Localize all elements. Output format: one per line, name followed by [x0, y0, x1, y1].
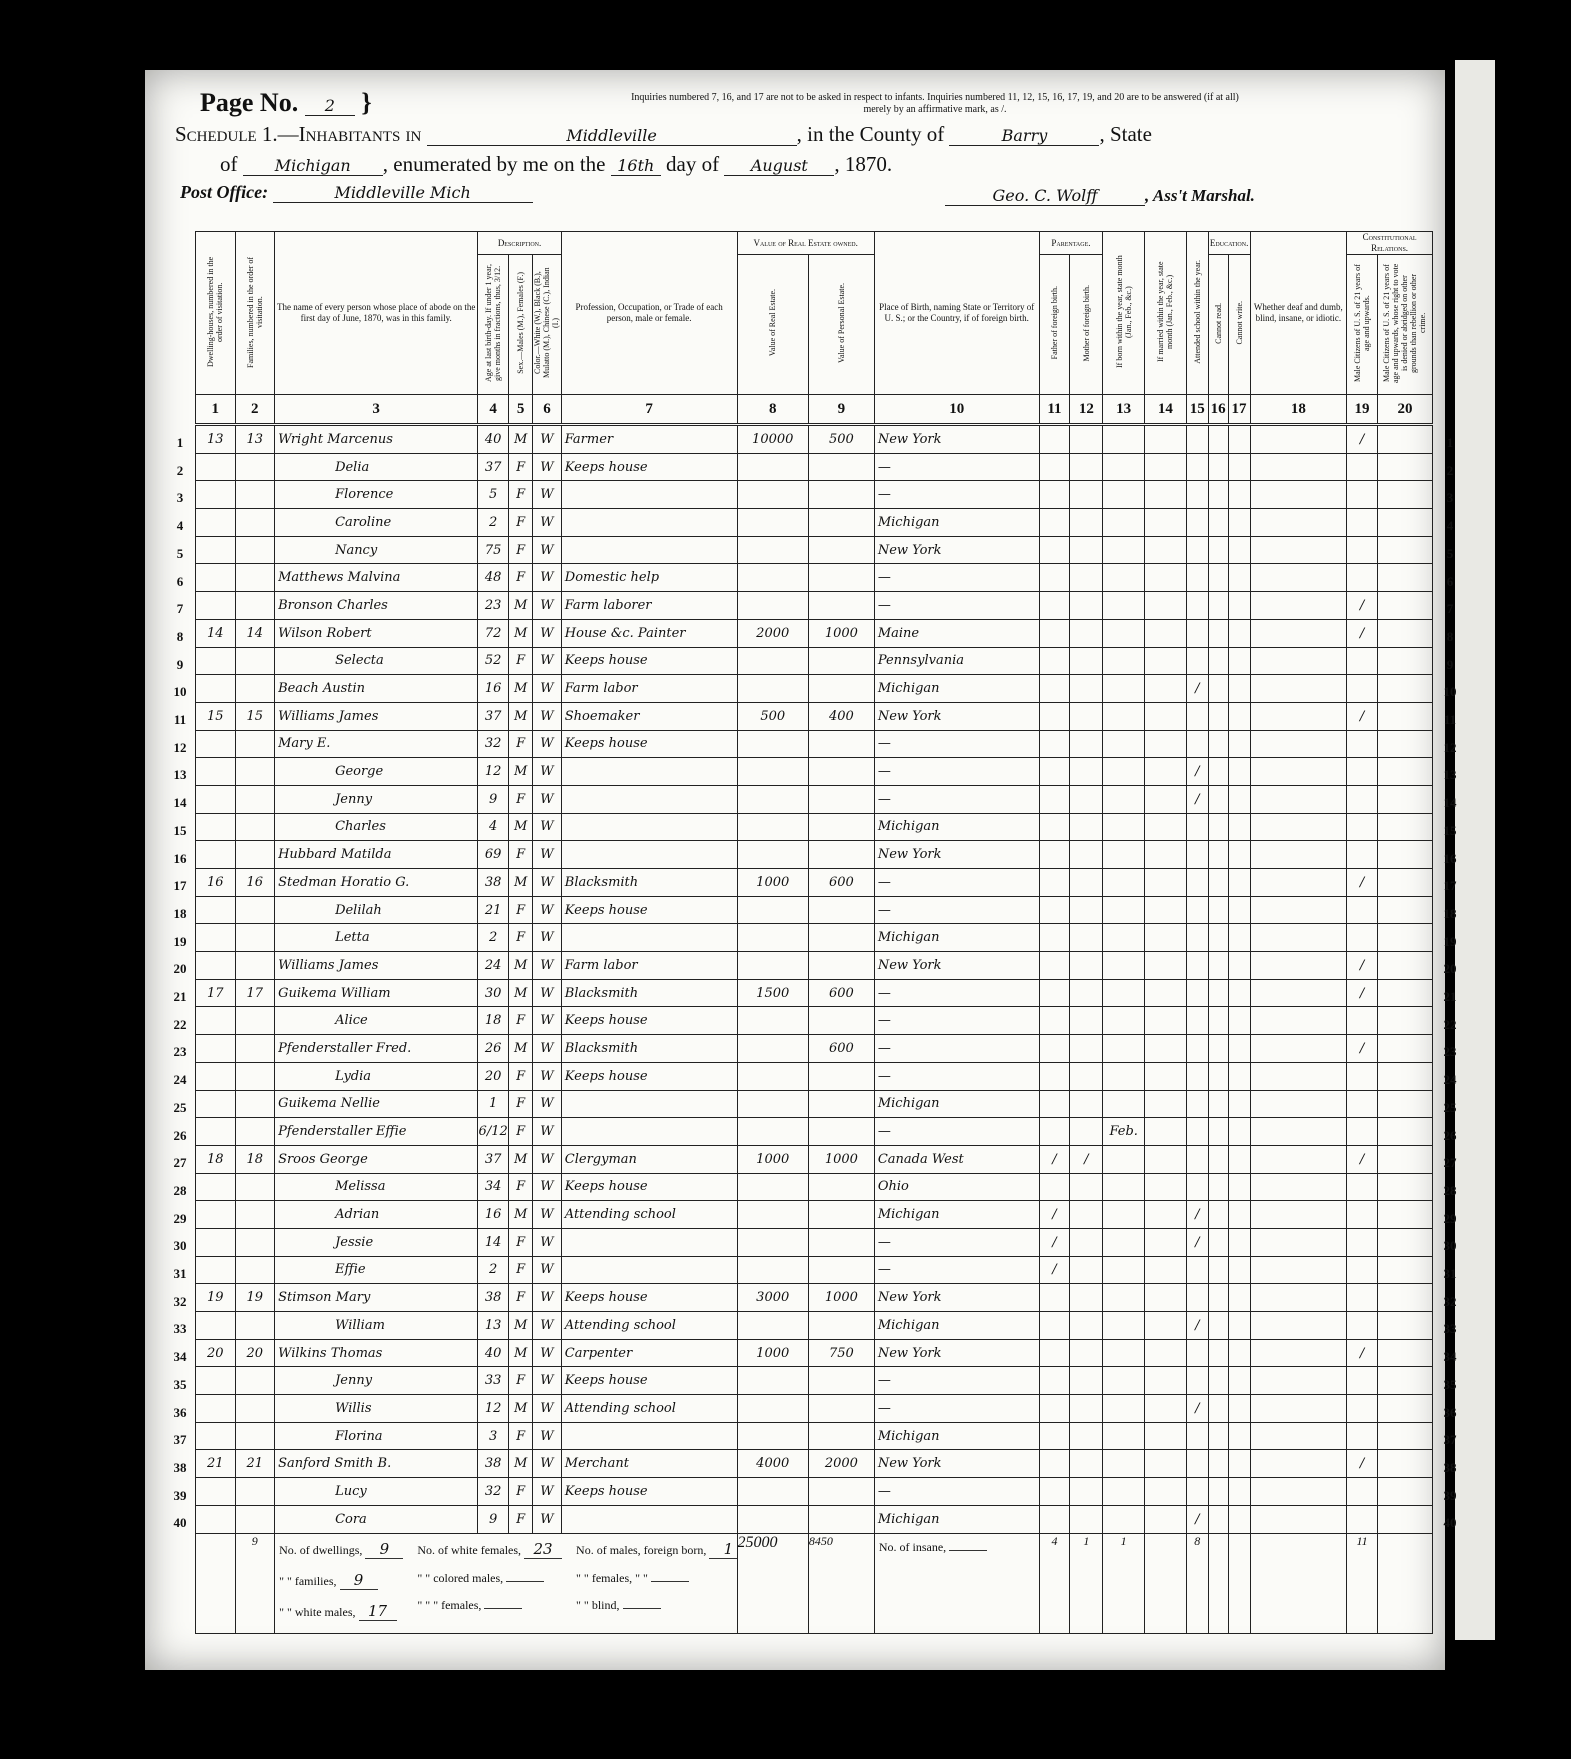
citizen: /: [1347, 1339, 1378, 1367]
cannot-write: [1228, 1173, 1250, 1201]
birthplace: —: [874, 1007, 1039, 1035]
occupation: Clergyman: [561, 1145, 737, 1173]
born-month: [1103, 924, 1145, 952]
cannot-read: [1208, 675, 1228, 703]
totals-insane: No. of insane,: [874, 1533, 1039, 1633]
family-number: [235, 1422, 275, 1450]
color: W: [533, 619, 562, 647]
personal-estate-value: [808, 481, 874, 509]
total-dwellings: 9: [365, 1540, 403, 1559]
married-month: [1145, 675, 1187, 703]
line-number: 16: [167, 851, 193, 867]
attended-school: [1186, 1339, 1208, 1367]
line-number: 24: [1437, 1072, 1463, 1088]
line-number: 5: [1437, 546, 1463, 562]
line-number: 24: [167, 1072, 193, 1088]
attended-school: [1186, 481, 1208, 509]
age: 2: [478, 924, 509, 952]
person-name: Adrian: [275, 1201, 478, 1229]
age: 38: [478, 1450, 509, 1478]
cannot-read: [1208, 1118, 1228, 1146]
personal-estate-value: [808, 1201, 874, 1229]
real-estate-value: 1000: [737, 1339, 808, 1367]
father-foreign: [1039, 453, 1070, 481]
disability: [1250, 1090, 1347, 1118]
table-row: Florence5FW—: [196, 481, 1433, 509]
col-header-name: The name of every person whose place of …: [275, 232, 478, 395]
disability: [1250, 869, 1347, 897]
age: 18: [478, 1007, 509, 1035]
occupation: Attending school: [561, 1312, 737, 1340]
mother-foreign: [1070, 813, 1103, 841]
age: 21: [478, 896, 509, 924]
age: 20: [478, 1062, 509, 1090]
col-header-birthplace: Place of Birth, naming State or Territor…: [874, 232, 1039, 395]
color: W: [533, 1312, 562, 1340]
age: 2: [478, 1256, 509, 1284]
person-name: Guikema Nellie: [275, 1090, 478, 1118]
citizen-denied: [1377, 1007, 1432, 1035]
cannot-read: [1208, 425, 1228, 454]
cannot-write: [1228, 896, 1250, 924]
citizen: [1347, 564, 1378, 592]
attended-school: [1186, 536, 1208, 564]
birthplace: —: [874, 730, 1039, 758]
personal-estate-value: [808, 1505, 874, 1533]
cannot-read: [1208, 592, 1228, 620]
person-name: Lucy: [275, 1478, 478, 1506]
occupation: Domestic help: [561, 564, 737, 592]
born-month: [1103, 1173, 1145, 1201]
attended-school: [1186, 1062, 1208, 1090]
line-number: 14: [167, 795, 193, 811]
sex: F: [509, 730, 533, 758]
disability: [1250, 758, 1347, 786]
dwelling-number: [196, 1090, 236, 1118]
line-number: 28: [1437, 1183, 1463, 1199]
col-header-citizens: Male Citizens of U. S. of 21 years of ag…: [1347, 255, 1378, 395]
cannot-write: [1228, 1090, 1250, 1118]
person-name: Alice: [275, 1007, 478, 1035]
citizen-denied: [1377, 1090, 1432, 1118]
occupation: [561, 509, 737, 537]
disability: [1250, 1145, 1347, 1173]
mother-foreign: [1070, 1367, 1103, 1395]
citizen-denied: [1377, 702, 1432, 730]
disability: [1250, 1422, 1347, 1450]
dwelling-number: [196, 1505, 236, 1533]
family-number: [235, 924, 275, 952]
birthplace: New York: [874, 1284, 1039, 1312]
family-number: 13: [235, 425, 275, 454]
table-row: Lydia20FWKeeps house—: [196, 1062, 1433, 1090]
dwelling-number: [196, 1395, 236, 1423]
line-number: 9: [1437, 657, 1463, 673]
state-field: Michigan: [243, 156, 383, 176]
line-number: 29: [167, 1211, 193, 1227]
cannot-read: [1208, 1062, 1228, 1090]
line-number: 3: [167, 490, 193, 506]
citizen: [1347, 1505, 1378, 1533]
occupation: Keeps house: [561, 1367, 737, 1395]
column-number: 7: [561, 395, 737, 425]
color: W: [533, 1422, 562, 1450]
sex: M: [509, 425, 533, 454]
dwelling-number: 20: [196, 1339, 236, 1367]
birthplace: —: [874, 1118, 1039, 1146]
family-number: [235, 1090, 275, 1118]
line-number: 25: [1437, 1100, 1463, 1116]
occupation: [561, 924, 737, 952]
birthplace: —: [874, 1035, 1039, 1063]
married-month: [1145, 979, 1187, 1007]
column-number: 6: [533, 395, 562, 425]
cannot-read: [1208, 841, 1228, 869]
citizen-denied: [1377, 1284, 1432, 1312]
line-number: 28: [167, 1183, 193, 1199]
family-number: 15: [235, 702, 275, 730]
born-month: [1103, 896, 1145, 924]
mother-foreign: [1070, 592, 1103, 620]
real-estate-value: [737, 536, 808, 564]
sex: F: [509, 536, 533, 564]
cannot-write: [1228, 647, 1250, 675]
attended-school: [1186, 924, 1208, 952]
line-number: 38: [1437, 1460, 1463, 1476]
citizen: [1347, 481, 1378, 509]
married-month: [1145, 1367, 1187, 1395]
occupation: [561, 1505, 737, 1533]
cannot-write: [1228, 785, 1250, 813]
line-number: 34: [167, 1349, 193, 1365]
sex: M: [509, 813, 533, 841]
cannot-read: [1208, 1145, 1228, 1173]
sex: F: [509, 453, 533, 481]
cannot-write: [1228, 453, 1250, 481]
personal-estate-value: [808, 1367, 874, 1395]
table-row: Williams James24MWFarm laborNew York/: [196, 952, 1433, 980]
family-number: [235, 896, 275, 924]
column-number: 14: [1145, 395, 1187, 425]
married-month: [1145, 453, 1187, 481]
year-label: , 1870.: [834, 152, 892, 176]
disability: [1250, 841, 1347, 869]
group-header-description: Description.: [478, 232, 562, 255]
married-month: [1145, 1478, 1187, 1506]
cannot-write: [1228, 509, 1250, 537]
personal-estate-value: 500: [808, 425, 874, 454]
mother-foreign: [1070, 1312, 1103, 1340]
sex: F: [509, 564, 533, 592]
father-foreign: [1039, 813, 1070, 841]
color: W: [533, 1145, 562, 1173]
occupation: Farmer: [561, 425, 737, 454]
citizen-denied: [1377, 758, 1432, 786]
mother-foreign: [1070, 1035, 1103, 1063]
father-foreign: /: [1039, 1145, 1070, 1173]
line-number: 35: [167, 1377, 193, 1393]
sex: F: [509, 924, 533, 952]
disability: [1250, 1256, 1347, 1284]
family-number: 20: [235, 1339, 275, 1367]
cannot-write: [1228, 619, 1250, 647]
real-estate-value: [737, 647, 808, 675]
col-header-cannot-write: Cannot write.: [1228, 255, 1250, 395]
father-foreign: [1039, 1173, 1070, 1201]
cannot-read: [1208, 730, 1228, 758]
total-real-estate: 25000: [737, 1533, 808, 1633]
family-number: [235, 1035, 275, 1063]
col-header-color: Color.—White (W.), Black (B.), Mulatto (…: [533, 255, 562, 395]
mother-foreign: [1070, 841, 1103, 869]
sex: M: [509, 1450, 533, 1478]
table-row: Lucy32FWKeeps house—: [196, 1478, 1433, 1506]
age: 75: [478, 536, 509, 564]
real-estate-value: [737, 1478, 808, 1506]
mother-foreign: [1070, 785, 1103, 813]
citizen-denied: [1377, 979, 1432, 1007]
citizen-denied: [1377, 896, 1432, 924]
column-number: 12: [1070, 395, 1103, 425]
personal-estate-value: [808, 952, 874, 980]
sex: F: [509, 509, 533, 537]
color: W: [533, 1062, 562, 1090]
real-estate-value: [737, 1367, 808, 1395]
cannot-write: [1228, 1312, 1250, 1340]
born-month: [1103, 536, 1145, 564]
table-row: Letta2FWMichigan: [196, 924, 1433, 952]
cannot-read: [1208, 702, 1228, 730]
sex: F: [509, 785, 533, 813]
married-month: [1145, 1284, 1187, 1312]
line-number: 15: [167, 823, 193, 839]
father-foreign: [1039, 1090, 1070, 1118]
line-number: 39: [167, 1488, 193, 1504]
line-number: 39: [1437, 1488, 1463, 1504]
table-row: Jessie14FW—//: [196, 1228, 1433, 1256]
occupation: Attending school: [561, 1395, 737, 1423]
personal-estate-value: 1000: [808, 619, 874, 647]
line-number: 10: [1437, 684, 1463, 700]
sex: M: [509, 1201, 533, 1229]
column-number: 8: [737, 395, 808, 425]
cannot-read: [1208, 1312, 1228, 1340]
age: 72: [478, 619, 509, 647]
married-month: [1145, 1201, 1187, 1229]
mother-foreign: [1070, 509, 1103, 537]
dwelling-number: [196, 896, 236, 924]
table-row: 1818Sroos George37MWClergyman10001000Can…: [196, 1145, 1433, 1173]
age: 4: [478, 813, 509, 841]
line-number: 8: [1437, 629, 1463, 645]
born-month: [1103, 647, 1145, 675]
citizen: /: [1347, 979, 1378, 1007]
person-name: George: [275, 758, 478, 786]
color: W: [533, 979, 562, 1007]
real-estate-value: [737, 924, 808, 952]
occupation: Farm laborer: [561, 592, 737, 620]
real-estate-value: [737, 509, 808, 537]
cannot-write: [1228, 1284, 1250, 1312]
father-foreign: [1039, 702, 1070, 730]
total-colored-males: [506, 1581, 544, 1582]
birthplace: —: [874, 1478, 1039, 1506]
married-month: [1145, 1395, 1187, 1423]
line-number: 7: [1437, 601, 1463, 617]
cannot-write: [1228, 1007, 1250, 1035]
birthplace: Maine: [874, 619, 1039, 647]
line-number: 6: [1437, 574, 1463, 590]
cannot-read: [1208, 1173, 1228, 1201]
father-foreign: [1039, 869, 1070, 897]
mother-foreign: [1070, 1450, 1103, 1478]
line-number: 13: [1437, 767, 1463, 783]
color: W: [533, 758, 562, 786]
personal-estate-value: [808, 1256, 874, 1284]
color: W: [533, 481, 562, 509]
citizen-denied: [1377, 1395, 1432, 1423]
column-number: 16: [1208, 395, 1228, 425]
age: 52: [478, 647, 509, 675]
page-number: 2: [305, 96, 355, 116]
attended-school: /: [1186, 1505, 1208, 1533]
group-header-value: Value of Real Estate owned.: [737, 232, 874, 255]
attended-school: [1186, 453, 1208, 481]
person-name: Delia: [275, 453, 478, 481]
color: W: [533, 675, 562, 703]
sex: F: [509, 481, 533, 509]
citizen-denied: [1377, 1118, 1432, 1146]
mother-foreign: [1070, 869, 1103, 897]
age: 12: [478, 1395, 509, 1423]
personal-estate-value: [808, 1062, 874, 1090]
citizen: [1347, 1312, 1378, 1340]
enumeration-line: of Michigan, enumerated by me on the 16t…: [220, 152, 892, 177]
line-number: 18: [167, 906, 193, 922]
column-number: 11: [1039, 395, 1070, 425]
post-office-line: Post Office: Middleville Mich: [180, 182, 533, 203]
sex: F: [509, 896, 533, 924]
real-estate-value: [737, 592, 808, 620]
color: W: [533, 952, 562, 980]
personal-estate-value: [808, 536, 874, 564]
attended-school: [1186, 896, 1208, 924]
sex: M: [509, 869, 533, 897]
occupation: Keeps house: [561, 730, 737, 758]
column-number: 19: [1347, 395, 1378, 425]
total-blind: [623, 1608, 661, 1609]
cannot-write: [1228, 1422, 1250, 1450]
attended-school: [1186, 1173, 1208, 1201]
person-name: Nancy: [275, 536, 478, 564]
born-month: [1103, 1201, 1145, 1229]
dwelling-number: [196, 952, 236, 980]
table-row: 2020Wilkins Thomas40MWCarpenter1000750Ne…: [196, 1339, 1433, 1367]
cannot-write: [1228, 536, 1250, 564]
born-month: [1103, 1505, 1145, 1533]
married-month: [1145, 896, 1187, 924]
birthplace: Michigan: [874, 509, 1039, 537]
color: W: [533, 1284, 562, 1312]
post-office-label: Post Office:: [180, 182, 268, 202]
line-number: 37: [1437, 1432, 1463, 1448]
occupation: Attending school: [561, 1201, 737, 1229]
personal-estate-value: [808, 1118, 874, 1146]
sex: F: [509, 1422, 533, 1450]
total-mother-foreign: 1: [1070, 1533, 1103, 1633]
citizen: /: [1347, 1450, 1378, 1478]
sex: M: [509, 952, 533, 980]
place-field: Middleville: [427, 126, 797, 146]
dwelling-number: [196, 1062, 236, 1090]
attended-school: [1186, 841, 1208, 869]
father-foreign: [1039, 1395, 1070, 1423]
person-name: Mary E.: [275, 730, 478, 758]
cannot-write: [1228, 1145, 1250, 1173]
father-foreign: [1039, 481, 1070, 509]
person-name: Wilkins Thomas: [275, 1339, 478, 1367]
married-month: [1145, 1007, 1187, 1035]
birthplace: New York: [874, 1450, 1039, 1478]
table-row: Delilah21FWKeeps house—: [196, 896, 1433, 924]
father-foreign: /: [1039, 1256, 1070, 1284]
table-row: Mary E.32FWKeeps house—: [196, 730, 1433, 758]
attended-school: [1186, 1284, 1208, 1312]
census-rows: 1313Wright Marcenus40MWFarmer10000500New…: [196, 425, 1433, 1534]
father-foreign: [1039, 1339, 1070, 1367]
personal-estate-value: 600: [808, 979, 874, 1007]
occupation: [561, 785, 737, 813]
cannot-write: [1228, 1395, 1250, 1423]
line-number: 11: [167, 712, 193, 728]
citizen: [1347, 1422, 1378, 1450]
age: 9: [478, 1505, 509, 1533]
table-row: Cora9FWMichigan/: [196, 1505, 1433, 1533]
dwelling-number: [196, 564, 236, 592]
line-number: 26: [1437, 1128, 1463, 1144]
citizen: [1347, 536, 1378, 564]
occupation: Keeps house: [561, 1173, 737, 1201]
attended-school: /: [1186, 675, 1208, 703]
person-name: Pfenderstaller Effie: [275, 1118, 478, 1146]
birthplace: Michigan: [874, 924, 1039, 952]
married-month: [1145, 1090, 1187, 1118]
married-month: [1145, 536, 1187, 564]
family-number: [235, 675, 275, 703]
sex: F: [509, 1367, 533, 1395]
marshal-line: Geo. C. Wolff, Ass't Marshal.: [945, 182, 1255, 207]
line-number: 22: [167, 1017, 193, 1033]
dwelling-number: [196, 1422, 236, 1450]
disability: [1250, 1395, 1347, 1423]
real-estate-value: [737, 1173, 808, 1201]
totals-row: 9 No. of dwellings, 9 " " families, 9 " …: [196, 1533, 1433, 1633]
column-number: 13: [1103, 395, 1145, 425]
citizen: [1347, 675, 1378, 703]
age: 2: [478, 509, 509, 537]
line-number: 34: [1437, 1349, 1463, 1365]
father-foreign: [1039, 1478, 1070, 1506]
col-header-dwelling: Dwelling-houses, numbered in the order o…: [196, 232, 236, 395]
citizen-denied: [1377, 841, 1432, 869]
married-month: [1145, 509, 1187, 537]
line-number: 37: [167, 1432, 193, 1448]
father-foreign: [1039, 1062, 1070, 1090]
real-estate-value: [737, 896, 808, 924]
citizen-denied: [1377, 1062, 1432, 1090]
disability: [1250, 453, 1347, 481]
line-number: 23: [167, 1044, 193, 1060]
